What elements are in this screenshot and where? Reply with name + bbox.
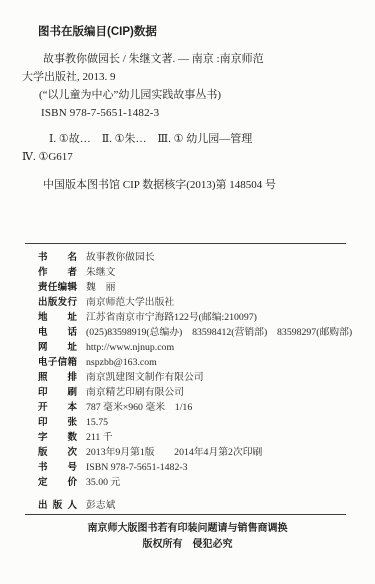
cip-heading: 图书在版编目(CIP)数据 (22, 23, 361, 41)
rights-reserved-line: 版权所有 侵犯必究 (0, 537, 375, 553)
colophon-row-label: 地址 (38, 310, 77, 325)
colophon-row: 责任编辑魏 丽 (38, 280, 371, 295)
colophon-row: 定价35.00 元 (38, 475, 371, 490)
cip-data-block: 图书在版编目(CIP)数据 故事教你做园长 / 朱继文著. — 南京 :南京师范… (22, 23, 361, 194)
colophon-row: 书名故事教你做园长 (38, 250, 371, 265)
colophon-row-value: 朱继文 (86, 267, 115, 278)
colophon-row: 照排南京凯建图文制作有限公司 (38, 370, 371, 385)
top-divider-rule (25, 243, 346, 244)
colophon-row: 印刷南京精艺印刷有限公司 (38, 385, 371, 400)
colophon-row-label: 责任编辑 (38, 280, 77, 295)
colophon-row-label: 电子信箱 (38, 355, 77, 370)
colophon-row-label: 印张 (38, 415, 77, 430)
cip-isbn-line: ISBN 978-7-5651-1482-3 (22, 104, 361, 122)
colophon-row-value: 南京师范大学出版社 (86, 297, 174, 308)
colophon-row-label: 作者 (38, 265, 77, 280)
exchange-notice-line: 南京师大版图书若有印装问题请与销售商调换 (0, 521, 375, 537)
colophon-row: 电子信箱nspzbb@163.com (38, 355, 371, 370)
colophon-row: 印张15.75 (38, 415, 371, 430)
colophon-row-value: 南京精艺印刷有限公司 (86, 387, 184, 398)
colophon-row-label: 电话 (38, 325, 77, 340)
colophon-row-label: 网址 (38, 340, 77, 355)
colophon-row: 版次2013年9月第1版 2014年4月第2次印刷 (38, 445, 371, 460)
publisher-value: 彭志斌 (86, 500, 115, 511)
colophon-row-label: 字数 (38, 430, 77, 445)
colophon-row-label: 开本 (38, 400, 77, 415)
colophon-table: 书名故事教你做园长 作者朱继文 责任编辑魏 丽 出版发行南京师范大学出版社 地址… (38, 250, 371, 490)
bottom-divider-rule (25, 514, 346, 515)
colophon-row-value: ISBN 978-7-5651-1482-3 (86, 462, 188, 473)
colophon-row-value: http://www.njnup.com (86, 342, 174, 353)
colophon-row: 网址http://www.njnup.com (38, 340, 371, 355)
colophon-row-label: 书号 (38, 460, 77, 475)
colophon-row: 书号ISBN 978-7-5651-1482-3 (38, 460, 371, 475)
colophon-row-label: 印刷 (38, 385, 77, 400)
colophon-row: 地址江苏省南京市宁海路122号(邮编:210097) (38, 310, 371, 325)
colophon-row: 字数211 千 (38, 430, 371, 445)
colophon-row-value: 15.75 (86, 417, 108, 428)
copyright-notice: 南京师大版图书若有印装问题请与销售商调换 版权所有 侵犯必究 (0, 521, 375, 552)
colophon-row-value: (025)83598919(总编办) 83598412(营销部) 8359829… (86, 327, 352, 338)
colophon-row: 作者朱继文 (38, 265, 371, 280)
colophon-row-value: 魏 丽 (86, 282, 115, 293)
colophon-row: 出版发行南京师范大学出版社 (38, 295, 371, 310)
cip-entry-line2: 大学出版社, 2013. 9 (22, 68, 361, 86)
cip-entry-line1: 故事教你做园长 / 朱继文著. — 南京 :南京师范 (22, 50, 361, 68)
cip-classification-line2: Ⅳ. ①G617 (22, 148, 361, 166)
publisher-row-holder: 出版人彭志斌 (38, 498, 371, 513)
colophon-row-label: 定价 (38, 475, 77, 490)
colophon-row-value: 787 毫米×960 毫米 1/16 (86, 402, 192, 413)
publisher-row: 出版人彭志斌 (38, 498, 371, 513)
colophon-row-value: 2013年9月第1版 2014年4月第2次印刷 (86, 447, 262, 458)
cip-record-number-line: 中国版本图书馆 CIP 数据核字(2013)第 148504 号 (22, 176, 361, 194)
colophon-row-value: 35.00 元 (86, 477, 120, 488)
cip-series-line: (“以儿童为中心”幼儿园实践故事丛书) (22, 86, 361, 104)
colophon-row-value: 江苏省南京市宁海路122号(邮编:210097) (86, 312, 257, 323)
colophon-row-label: 照排 (38, 370, 77, 385)
colophon-row-value: 故事教你做园长 (86, 252, 155, 263)
colophon-row-label: 版次 (38, 445, 77, 460)
publisher-label: 出版人 (38, 498, 77, 513)
colophon-row-label: 书名 (38, 250, 77, 265)
cip-classification-line1: Ⅰ. ①故… Ⅱ. ①朱… Ⅲ. ① 幼儿园—管理 (22, 130, 361, 148)
colophon-row-value: 211 千 (86, 432, 113, 443)
copyright-page: 图书在版编目(CIP)数据 故事教你做园长 / 朱继文著. — 南京 :南京师范… (0, 0, 375, 584)
colophon-row-value: 南京凯建图文制作有限公司 (86, 372, 204, 383)
colophon-row: 开本787 毫米×960 毫米 1/16 (38, 400, 371, 415)
colophon-row-value: nspzbb@163.com (86, 357, 157, 368)
colophon-row: 电话(025)83598919(总编办) 83598412(营销部) 83598… (38, 325, 371, 340)
colophon-row-label: 出版发行 (38, 295, 77, 310)
